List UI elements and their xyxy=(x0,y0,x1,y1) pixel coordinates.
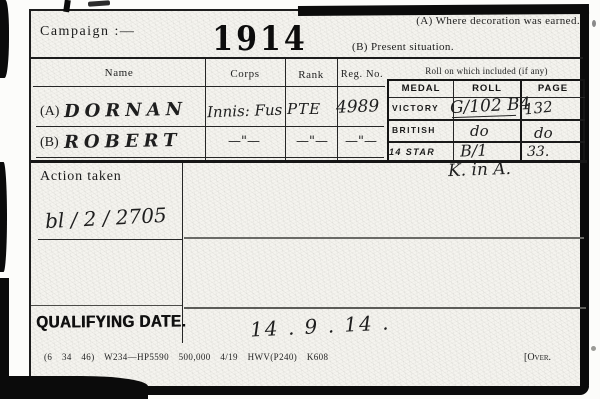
medal-row-british-label: BRITISH xyxy=(392,125,436,135)
entry-b-label: (B) xyxy=(40,135,59,151)
note-where-decoration-earned: (A) Where decoration was earned. xyxy=(325,15,580,27)
action-rule-left xyxy=(38,239,182,240)
entry-a-reg-no: 4989 xyxy=(336,96,380,117)
action-bottom-rule-right xyxy=(184,307,586,309)
column-divider-1 xyxy=(205,59,206,163)
column-header-corps: Corps xyxy=(205,68,285,80)
campaign-year: 1914 xyxy=(205,20,315,59)
medal-row-victory-label: VICTORY xyxy=(392,103,439,113)
entry-b-name: ROBERT xyxy=(64,130,182,153)
entry-b-rule xyxy=(36,157,384,158)
over-label: [Over. xyxy=(524,352,551,363)
scan-speck-right xyxy=(592,20,596,27)
page-col-header: PAGE xyxy=(521,83,585,94)
column-divider-2 xyxy=(285,59,286,163)
scanned-medal-card: Campaign :— 1914 (A) Where decoration wa… xyxy=(0,0,600,399)
entry-b-reg-no-ditto: —"— xyxy=(345,134,377,149)
entry-a-name: DORNAN xyxy=(64,99,187,122)
qualifying-date-label: QUALIFYING DATE. xyxy=(36,313,186,333)
medal-table-row-rule-2 xyxy=(389,119,585,121)
scan-shadow-bottom-left xyxy=(0,376,148,399)
entry-a-rank: PTE xyxy=(287,100,321,118)
medal-col-header: MEDAL xyxy=(389,83,453,94)
entry-b-corps-ditto: —"— xyxy=(228,134,260,149)
scan-edge-top-left xyxy=(0,0,9,78)
campaign-rule xyxy=(31,57,583,59)
scan-speck-bottom-right xyxy=(591,346,596,351)
action-bottom-rule-left xyxy=(31,305,182,306)
roll-col-header: ROLL xyxy=(454,83,520,94)
campaign-label: Campaign :— xyxy=(40,24,135,40)
action-taken-label: Action taken xyxy=(40,169,122,185)
header-rule xyxy=(33,86,385,87)
column-header-name: Name xyxy=(33,67,205,79)
medal-row-british-page: do xyxy=(534,124,553,142)
entry-a-label: (A) xyxy=(40,104,59,120)
entry-b-rank-ditto: —"— xyxy=(296,134,328,149)
scan-edge-mid-left xyxy=(0,162,7,272)
column-header-rank: Rank xyxy=(285,69,337,81)
column-header-reg-no: Reg. No. xyxy=(337,69,387,80)
roll-included-header: Roll on which included (if any) xyxy=(388,66,585,76)
medal-row-victory-page: 132 xyxy=(523,98,553,119)
killed-in-action-note: K. in A. xyxy=(448,159,512,181)
medal-row-star-page: 33. xyxy=(527,144,549,160)
print-code-footer: (6 34 46) W234—HP5590 500,000 4/19 HWV(P… xyxy=(44,352,328,362)
medal-row-victory-roll: G/102 B4 xyxy=(450,94,531,118)
medal-row-british-roll: do xyxy=(470,122,489,140)
entry-a-rule xyxy=(36,126,384,127)
entry-a-corps: Innis: Fus xyxy=(207,101,283,122)
bottom-thick-border xyxy=(134,386,589,395)
scan-smudge-top xyxy=(88,0,110,7)
medal-row-star-roll: B/1 xyxy=(460,141,488,161)
action-rule-right xyxy=(184,237,584,239)
medal-row-star-label: 14 STAR xyxy=(389,147,435,157)
note-present-situation: (B) Present situation. xyxy=(352,41,454,53)
scan-edge-bottom-left xyxy=(0,278,9,399)
